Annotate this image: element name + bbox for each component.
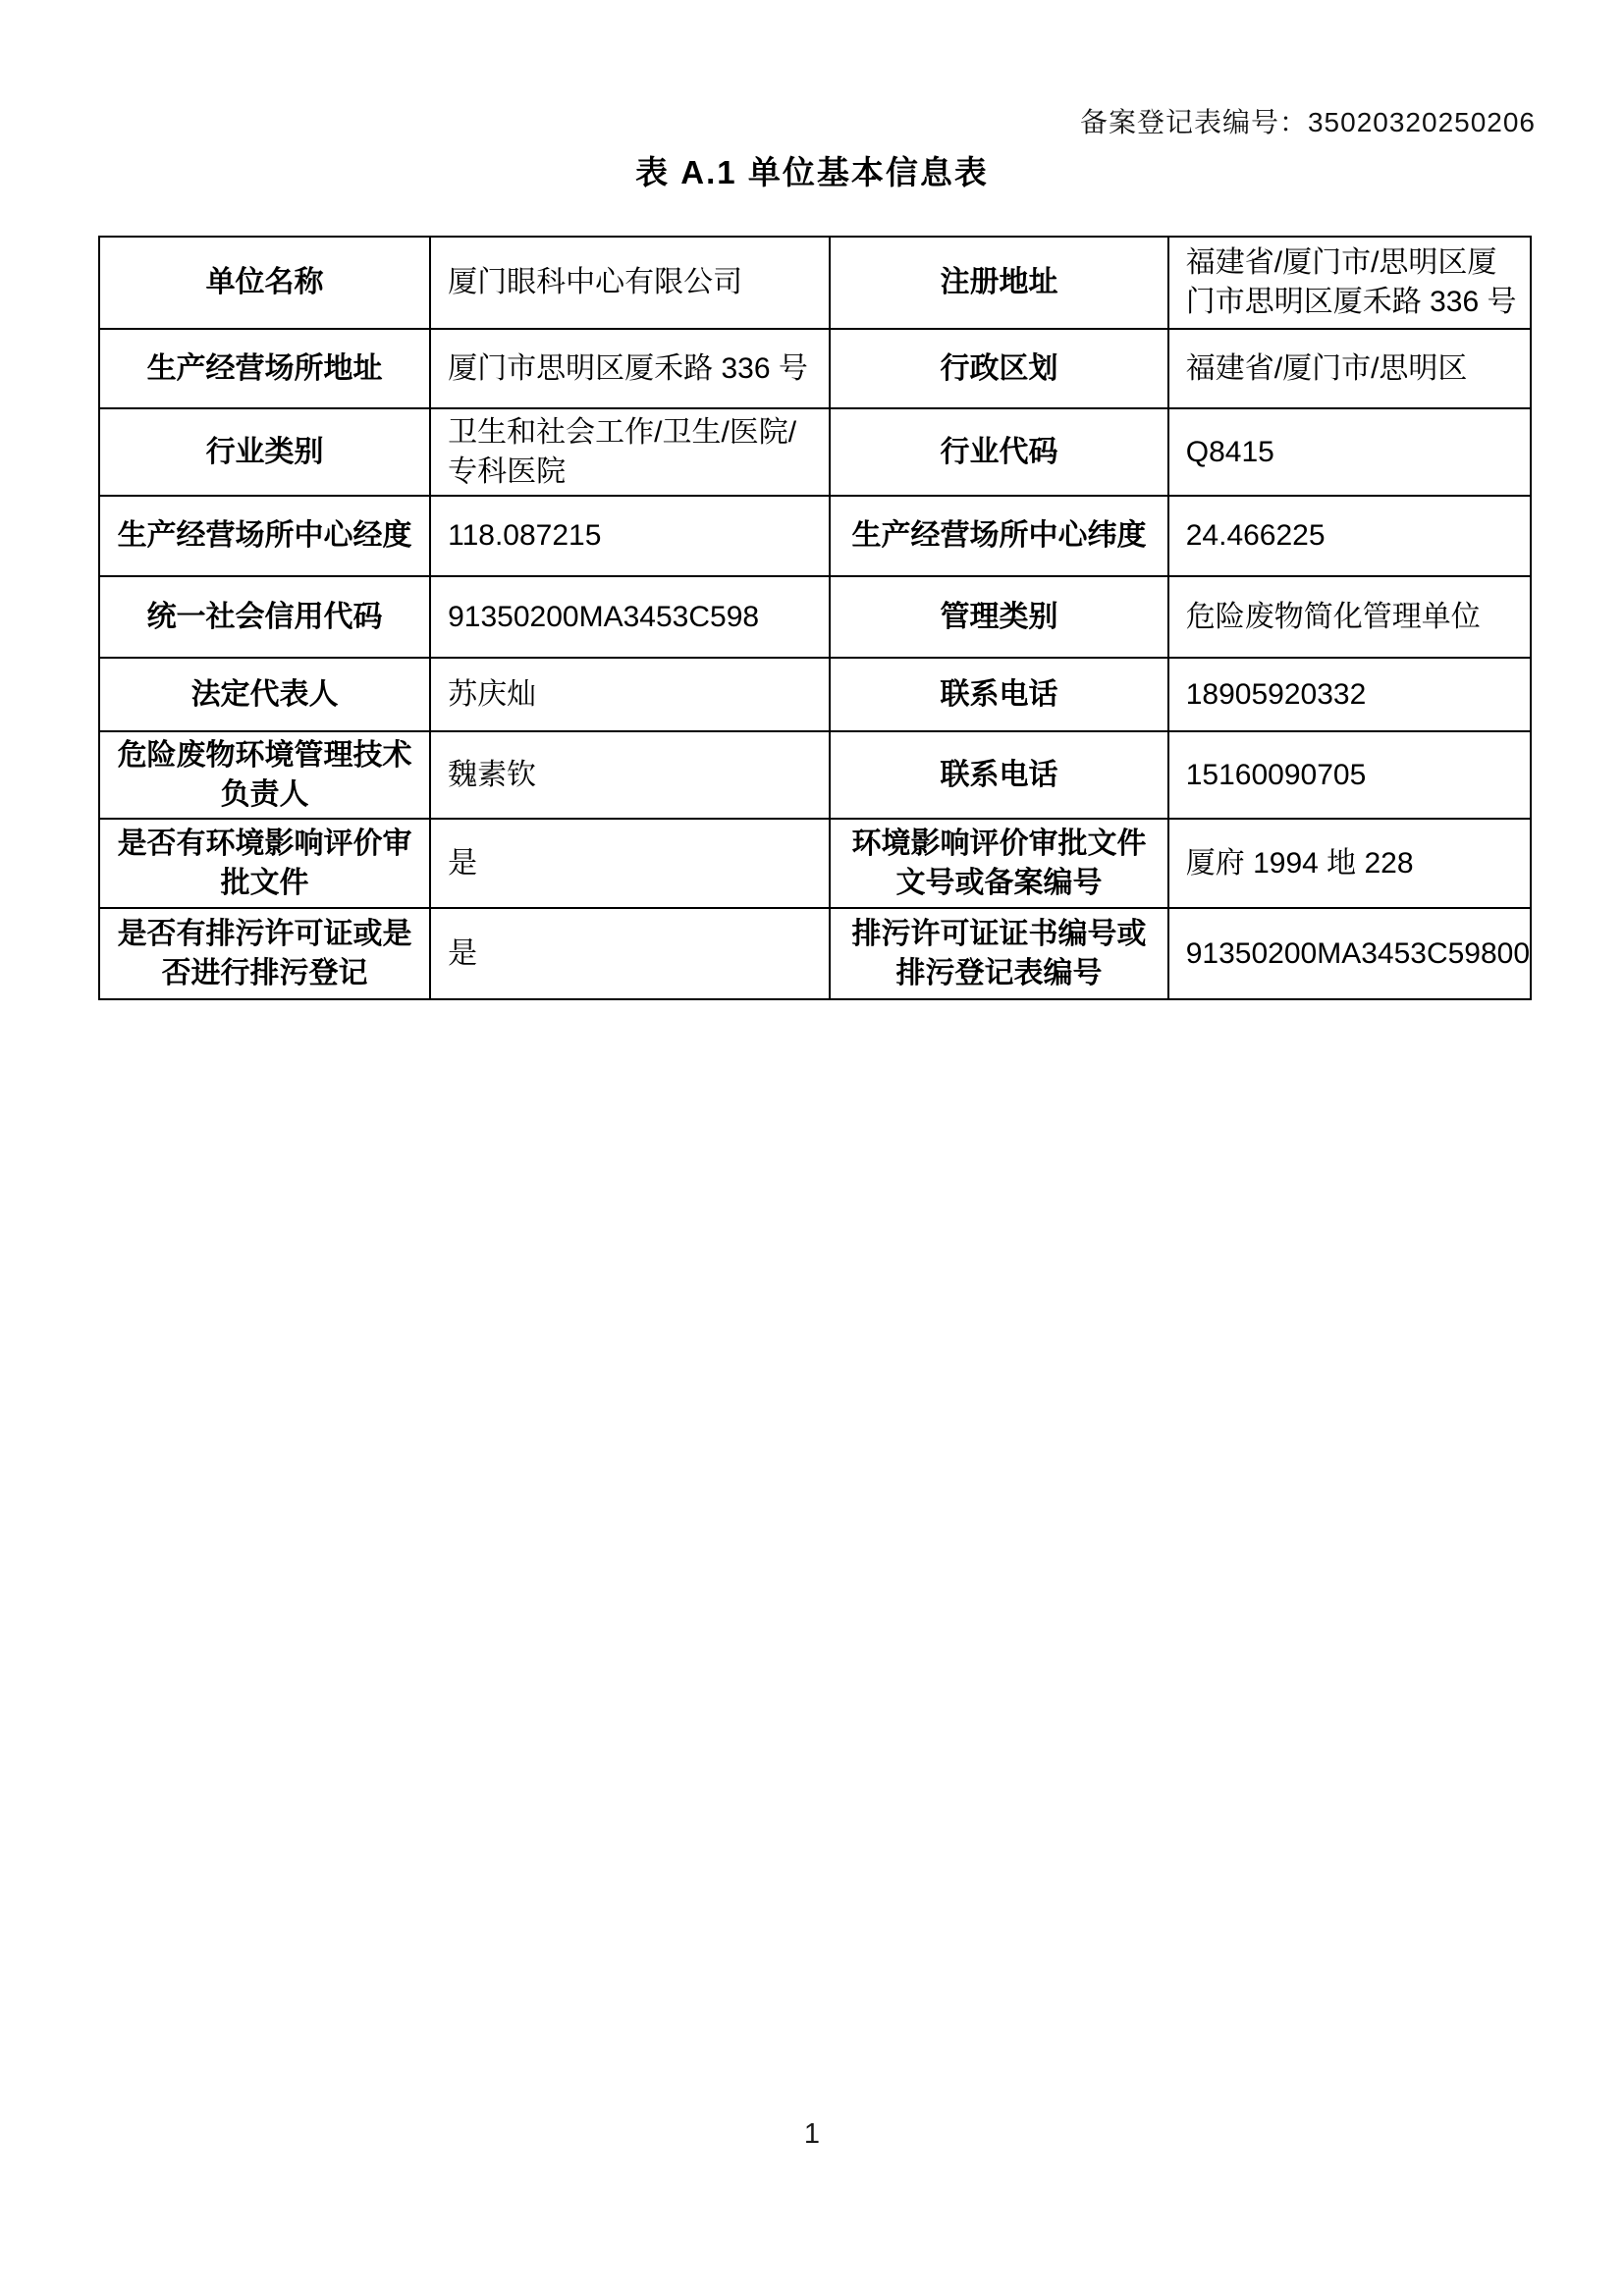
value-cell: 24.466225 xyxy=(1168,496,1531,576)
label-cell: 单位名称 xyxy=(99,237,430,329)
unit-basic-info-table: 单位名称 厦门眼科中心有限公司 注册地址 福建省/厦门市/思明区厦门市思明区厦禾… xyxy=(98,236,1532,1000)
label-cell: 统一社会信用代码 xyxy=(99,576,430,658)
table-row: 是否有环境影响评价审批文件 是 环境影响评价审批文件文号或备案编号 厦府 199… xyxy=(99,819,1531,908)
label-cell: 管理类别 xyxy=(830,576,1167,658)
value-cell: 福建省/厦门市/思明区厦门市思明区厦禾路 336 号 xyxy=(1168,237,1531,329)
label-cell: 生产经营场所地址 xyxy=(99,329,430,408)
value-cell: 魏素钦 xyxy=(430,731,830,819)
label-cell: 联系电话 xyxy=(830,731,1167,819)
table-row: 统一社会信用代码 91350200MA3453C598 管理类别 危险废物简化管… xyxy=(99,576,1531,658)
filing-registration-number: 备案登记表编号：35020320250206 xyxy=(1080,101,1536,140)
label-cell: 行业类别 xyxy=(99,408,430,496)
label-cell: 是否有排污许可证或是否进行排污登记 xyxy=(99,908,430,999)
label-cell: 排污许可证证书编号或排污登记表编号 xyxy=(830,908,1167,999)
label-cell: 生产经营场所中心纬度 xyxy=(830,496,1167,576)
table-row: 行业类别 卫生和社会工作/卫生/医院/专科医院 行业代码 Q8415 xyxy=(99,408,1531,496)
table-row: 危险废物环境管理技术负责人 魏素钦 联系电话 15160090705 xyxy=(99,731,1531,819)
label-cell: 是否有环境影响评价审批文件 xyxy=(99,819,430,908)
document-title: 表 A.1 单位基本信息表 xyxy=(0,147,1624,193)
label-cell: 生产经营场所中心经度 xyxy=(99,496,430,576)
value-cell: 危险废物简化管理单位 xyxy=(1168,576,1531,658)
document-page: 备案登记表编号：35020320250206 表 A.1 单位基本信息表 单位名… xyxy=(0,0,1624,2296)
table-row: 法定代表人 苏庆灿 联系电话 18905920332 xyxy=(99,658,1531,731)
value-cell: 15160090705 xyxy=(1168,731,1531,819)
value-cell: 是 xyxy=(430,908,830,999)
value-cell: 118.087215 xyxy=(430,496,830,576)
value-cell: 苏庆灿 xyxy=(430,658,830,731)
value-cell: 厦门眼科中心有限公司 xyxy=(430,237,830,329)
value-cell: 福建省/厦门市/思明区 xyxy=(1168,329,1531,408)
label-cell: 联系电话 xyxy=(830,658,1167,731)
value-cell: 91350200MA3453C598001W xyxy=(1168,908,1531,999)
value-cell: 是 xyxy=(430,819,830,908)
table-row: 生产经营场所地址 厦门市思明区厦禾路 336 号 行政区划 福建省/厦门市/思明… xyxy=(99,329,1531,408)
label-cell: 行政区划 xyxy=(830,329,1167,408)
label-cell: 危险废物环境管理技术负责人 xyxy=(99,731,430,819)
page-number: 1 xyxy=(0,2118,1624,2151)
value-cell: 厦门市思明区厦禾路 336 号 xyxy=(430,329,830,408)
table-row: 单位名称 厦门眼科中心有限公司 注册地址 福建省/厦门市/思明区厦门市思明区厦禾… xyxy=(99,237,1531,329)
value-cell: 18905920332 xyxy=(1168,658,1531,731)
table-row: 生产经营场所中心经度 118.087215 生产经营场所中心纬度 24.4662… xyxy=(99,496,1531,576)
value-cell: 91350200MA3453C598 xyxy=(430,576,830,658)
label-cell: 法定代表人 xyxy=(99,658,430,731)
value-cell: Q8415 xyxy=(1168,408,1531,496)
table-row: 是否有排污许可证或是否进行排污登记 是 排污许可证证书编号或排污登记表编号 91… xyxy=(99,908,1531,999)
value-cell: 厦府 1994 地 228 xyxy=(1168,819,1531,908)
label-cell: 环境影响评价审批文件文号或备案编号 xyxy=(830,819,1167,908)
label-cell: 注册地址 xyxy=(830,237,1167,329)
label-cell: 行业代码 xyxy=(830,408,1167,496)
value-cell: 卫生和社会工作/卫生/医院/专科医院 xyxy=(430,408,830,496)
